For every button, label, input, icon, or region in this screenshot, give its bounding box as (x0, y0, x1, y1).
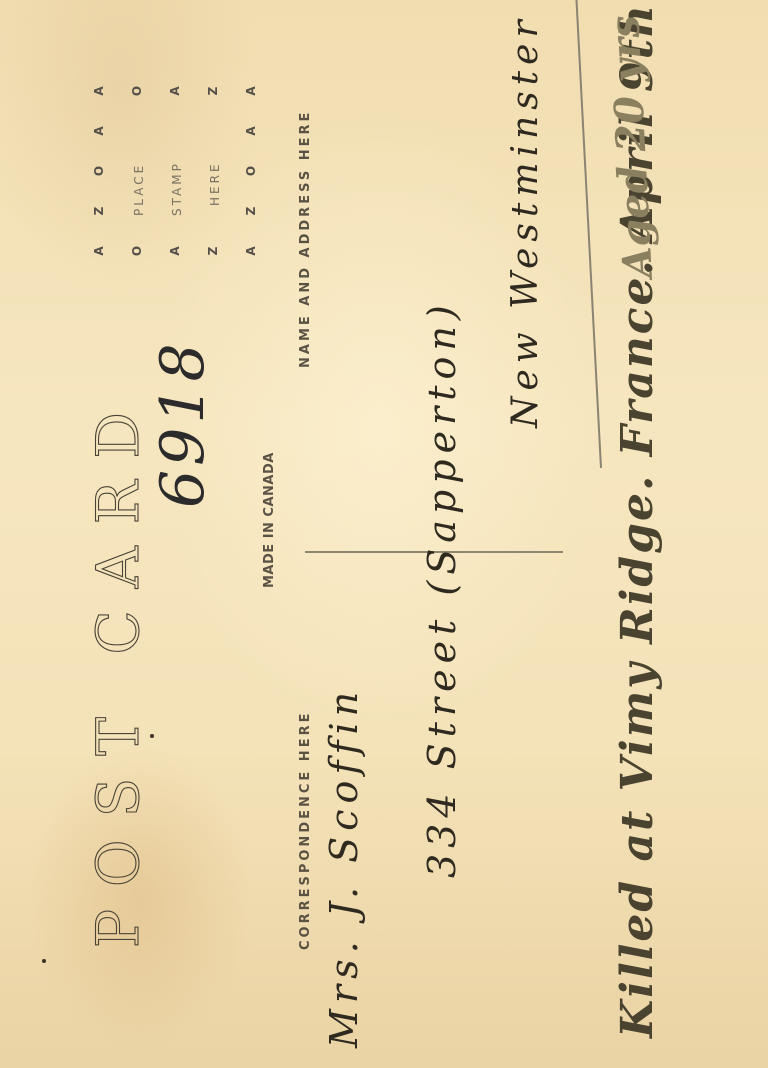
stamp-border-letter: A (244, 84, 258, 98)
stamp-border-letter: A (92, 124, 106, 138)
correspondence-label: CORRESPONDENCE HERE (298, 711, 313, 950)
postcard-title: POST CARD (84, 390, 152, 948)
stamp-border-letter: A (168, 244, 182, 258)
stamp-border-letter: A (92, 244, 106, 258)
made-in-label: MADE IN CANADA (262, 452, 277, 588)
stamp-border-letter: A (168, 84, 182, 98)
address-line-1: Mrs. J. Scoffin (322, 686, 366, 1048)
postcard-back: POST CARD MADE IN CANADA CORRESPONDENCE … (0, 0, 768, 1068)
stamp-text-stamp: STAMP (170, 161, 184, 216)
stamp-border-letter: Z (206, 244, 220, 258)
ink-speck (150, 734, 154, 738)
stamp-border-letter: A (244, 124, 258, 138)
stamp-box: A Z O A A O A Z A O A Z A Z O A PLACE ST… (92, 78, 272, 258)
address-label: NAME AND ADDRESS HERE (298, 110, 313, 368)
address-line-2: 334 Street (Sapperton) (420, 299, 464, 878)
stamp-border-letter: O (244, 164, 258, 178)
stamp-border-letter: O (92, 164, 106, 178)
handwritten-reference-number: 6918 (148, 339, 218, 508)
ink-speck (42, 959, 46, 963)
stamp-border-letter: O (130, 244, 144, 258)
stamp-text-here: HERE (208, 161, 222, 206)
stamp-border-letter: Z (92, 204, 106, 218)
stamp-border-letter: A (92, 84, 106, 98)
address-line-3: New Westminster B.C. (505, 0, 546, 428)
stamp-text-place: PLACE (132, 163, 146, 216)
stamp-border-letter: A (244, 244, 258, 258)
stamp-border-letter: Z (206, 84, 220, 98)
stamp-border-letter: Z (244, 204, 258, 218)
annotation-underline (575, 0, 602, 468)
stamp-border-letter: O (130, 84, 144, 98)
